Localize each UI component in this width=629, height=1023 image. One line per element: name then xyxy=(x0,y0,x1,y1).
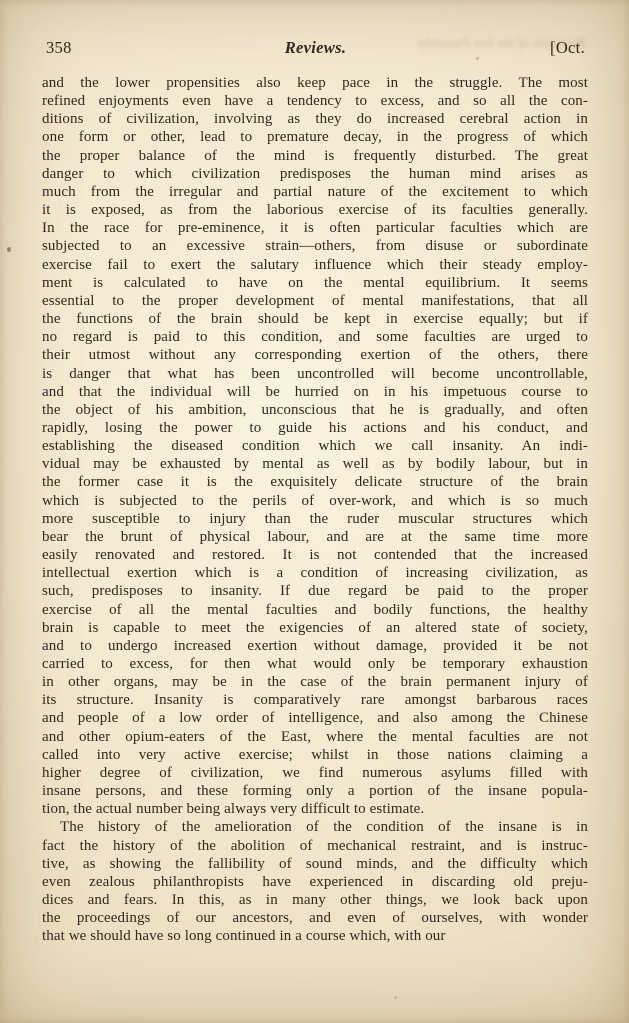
text-line: In the race for pre-eminence, it is ofte… xyxy=(42,219,588,237)
text-line: ment is calculated to have on the mental… xyxy=(42,274,588,292)
text-line: the proper balance of the mind is freque… xyxy=(42,147,588,165)
paper-speck xyxy=(7,247,11,252)
text-line: intellectual exertion which is a conditi… xyxy=(42,564,588,582)
text-line: and other opium-eaters of the East, wher… xyxy=(42,728,588,746)
text-line: it is exposed, as from the laborious exe… xyxy=(42,201,588,219)
text-line: fact the history of the abolition of mec… xyxy=(42,837,588,855)
text-line: refined enjoyments even have a tendency … xyxy=(42,92,588,110)
text-line: which is subjected to the perils of over… xyxy=(42,492,588,510)
text-line: their utmost without any corresponding e… xyxy=(42,346,588,364)
text-line: the functions of the brain should be kep… xyxy=(42,310,588,328)
text-line: more susceptible to injury than the rude… xyxy=(42,510,588,528)
text-line: The history of the amelioration of the c… xyxy=(42,818,588,836)
text-line: the former case it is the exquisitely de… xyxy=(42,473,588,491)
text-line: higher degree of civilization, we find n… xyxy=(42,764,588,782)
text-line: easily renovated and restored. It is not… xyxy=(42,546,588,564)
text-line: that we should have so long continued in… xyxy=(42,927,588,945)
text-line: exercise of all the mental faculties and… xyxy=(42,601,588,619)
text-line: essential to the proper development of m… xyxy=(42,292,588,310)
text-line: called into very active exercise; whilst… xyxy=(42,746,588,764)
paper-speck xyxy=(394,996,397,999)
text-line: in other organs, may be in the case of t… xyxy=(42,673,588,691)
text-line: insane persons, and these forming only a… xyxy=(42,782,588,800)
text-line: establishing the diseased condition whic… xyxy=(42,437,588,455)
text-line: its structure. Insanity is comparatively… xyxy=(42,691,588,709)
text-line: vidual may be exhausted by mental as wel… xyxy=(42,455,588,473)
book-page: Becreatio of the low Passenby 358 Review… xyxy=(0,0,629,1023)
text-line: and people of a low order of intelligenc… xyxy=(42,709,588,727)
text-line: exercise fail to exert the salutary infl… xyxy=(42,256,588,274)
text-line: tion, the actual number being always ver… xyxy=(42,800,588,818)
running-title: Reviews. xyxy=(46,38,585,58)
text-line: even zealous philanthropists have experi… xyxy=(42,873,588,891)
text-line: and that the individual will be hurried … xyxy=(42,383,588,401)
text-line: the proceedings of our ancestors, and ev… xyxy=(42,909,588,927)
text-line: dices and fears. In this, as in many oth… xyxy=(42,891,588,909)
text-line: tive, as showing the fallibility of soun… xyxy=(42,855,588,873)
text-line: bear the brunt of physical labour, and a… xyxy=(42,528,588,546)
text-line: carried to excess, for then what would o… xyxy=(42,655,588,673)
text-line: no regard is paid to this condition, and… xyxy=(42,328,588,346)
text-line: subjected to an excessive strain—others,… xyxy=(42,237,588,255)
text-line: the object of his ambition, unconscious … xyxy=(42,401,588,419)
text-line: much from the irregular and partial natu… xyxy=(42,183,588,201)
text-line: danger to which civilization predisposes… xyxy=(42,165,588,183)
body-text: and the lower propensities also keep pac… xyxy=(42,74,588,946)
text-line: brain is capable to meet the exigencies … xyxy=(42,619,588,637)
text-line: such, predisposes to insanity. If due re… xyxy=(42,582,588,600)
text-line: rapidly, losing the power to guide his a… xyxy=(42,419,588,437)
text-line: and to undergo increased exertion withou… xyxy=(42,637,588,655)
text-line: one form or other, lead to premature dec… xyxy=(42,128,588,146)
running-head: 358 Reviews. [Oct. xyxy=(46,38,585,58)
text-line: ditions of civilization, involving as th… xyxy=(42,110,588,128)
text-line: is danger that what has been uncontrolle… xyxy=(42,365,588,383)
text-line: and the lower propensities also keep pac… xyxy=(42,74,588,92)
